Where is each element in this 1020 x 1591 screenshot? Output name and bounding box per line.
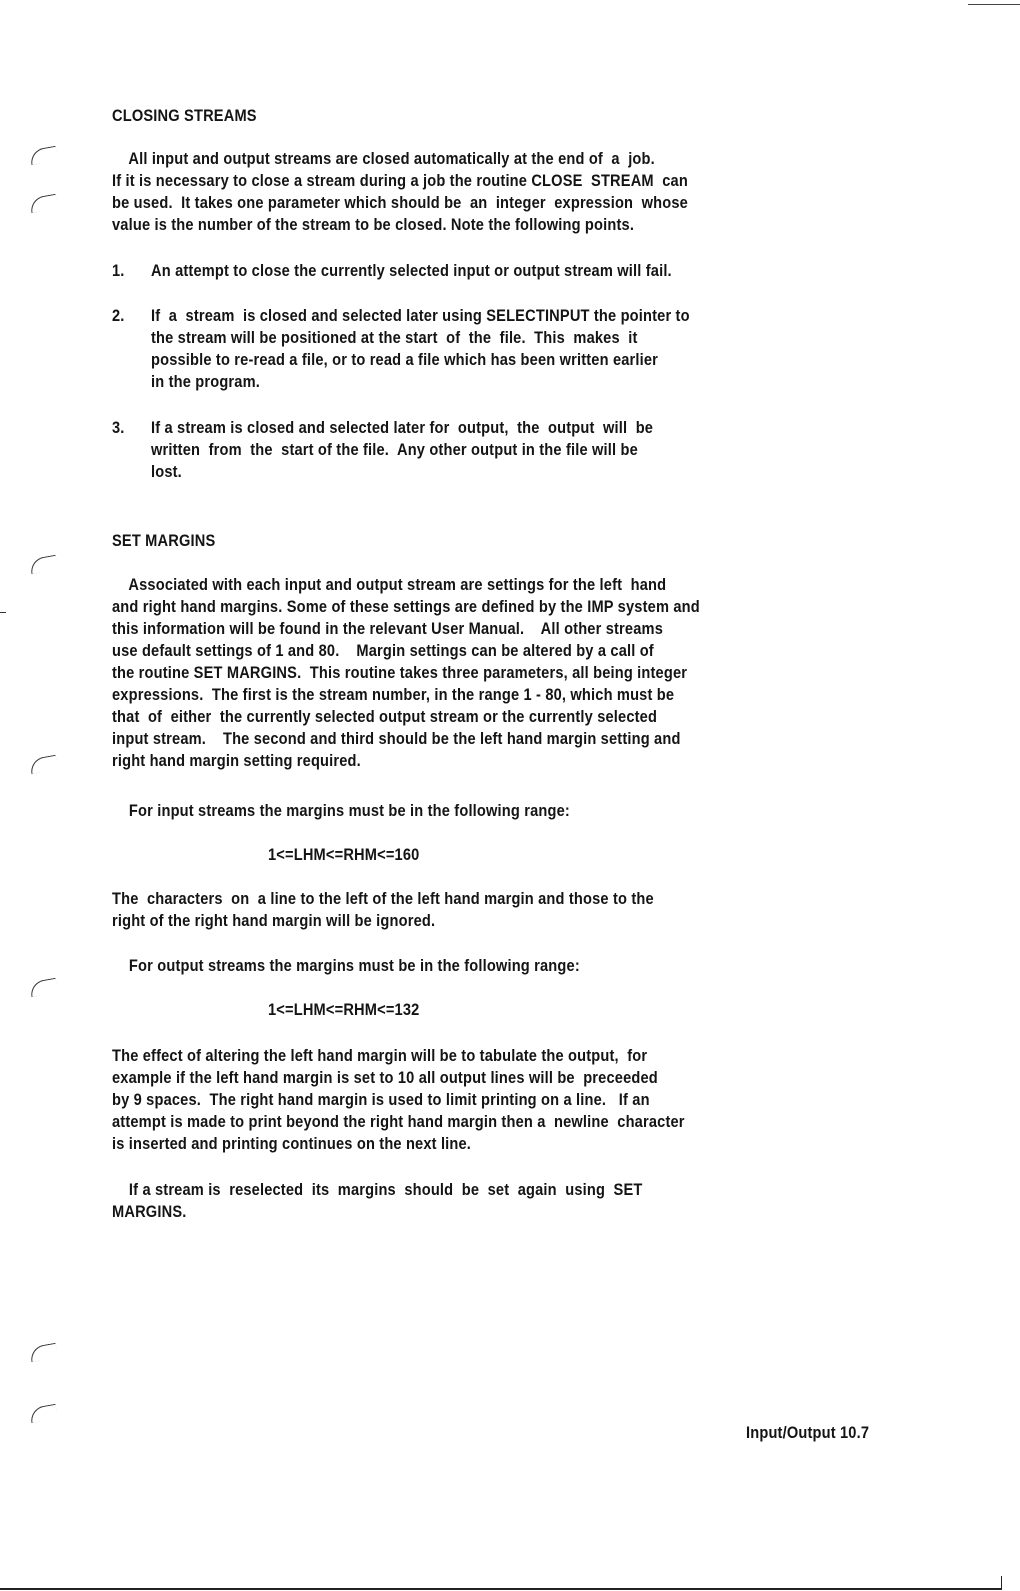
page-edge-rule (968, 4, 1020, 5)
effect-line: by 9 spaces. The right hand margin is us… (112, 1089, 650, 1111)
margins-para-line: this information will be found in the re… (112, 618, 663, 640)
effect-line: example if the left hand margin is set t… (112, 1067, 658, 1089)
margins-para-line: use default settings of 1 and 80. Margin… (112, 640, 654, 662)
reselect-line: MARGINS. (112, 1201, 186, 1223)
input-range-intro: For input streams the margins must be in… (112, 800, 570, 822)
margins-para-line: right hand margin setting required. (112, 750, 361, 772)
reselect-line: If a stream is reselected its margins sh… (112, 1179, 642, 1201)
margins-para-line: that of either the currently selected ou… (112, 706, 657, 728)
ignored-line: The characters on a line to the left of … (112, 888, 654, 910)
point-line: An attempt to close the currently select… (151, 260, 672, 282)
closing-intro-line: be used. It takes one parameter which sh… (112, 192, 688, 214)
margins-para-line: the routine SET MARGINS. This routine ta… (112, 662, 687, 684)
point-line: in the program. (151, 371, 260, 393)
input-range-formula: 1<=LHM<=RHM<=160 (268, 844, 419, 866)
margins-para-line: Associated with each input and output st… (112, 574, 666, 596)
binder-mark-icon (29, 146, 58, 165)
point-line: possible to re-read a file, or to read a… (151, 349, 658, 371)
point-line: lost. (151, 461, 182, 483)
binder-mark-icon (29, 555, 58, 574)
effect-line: attempt is made to print beyond the righ… (112, 1111, 685, 1133)
point-number: 2. (112, 305, 125, 327)
ignored-line: right of the right hand margin will be i… (112, 910, 435, 932)
effect-line: The effect of altering the left hand mar… (112, 1045, 647, 1067)
page-corner-mark (998, 1576, 1002, 1589)
point-line: written from the start of the file. Any … (151, 439, 638, 461)
output-range-formula: 1<=LHM<=RHM<=132 (268, 999, 419, 1021)
point-line: If a stream is closed and selected later… (151, 417, 653, 439)
section-heading-closing-streams: CLOSING STREAMS (112, 106, 257, 126)
closing-intro-line: If it is necessary to close a stream dur… (112, 170, 688, 192)
margins-para-line: and right hand margins. Some of these se… (112, 596, 700, 618)
margins-para-line: expressions. The first is the stream num… (112, 684, 674, 706)
binder-mark-icon (29, 978, 58, 997)
point-number: 3. (112, 417, 125, 439)
binder-mark-icon (29, 194, 58, 213)
point-line: If a stream is closed and selected later… (151, 305, 690, 327)
binder-mark-icon (29, 1404, 58, 1423)
binder-mark-icon (29, 755, 58, 774)
margins-para-line: input stream. The second and third shoul… (112, 728, 681, 750)
effect-line: is inserted and printing continues on th… (112, 1133, 471, 1155)
section-heading-set-margins: SET MARGINS (112, 531, 215, 551)
page-edge-tick (0, 612, 6, 613)
output-range-intro: For output streams the margins must be i… (112, 955, 580, 977)
point-number: 1. (112, 260, 125, 282)
page-number-label: Input/Output 10.7 (746, 1423, 869, 1443)
point-line: the stream will be positioned at the sta… (151, 327, 638, 349)
closing-intro-line: All input and output streams are closed … (112, 148, 655, 170)
binder-mark-icon (29, 1343, 58, 1362)
document-page: CLOSING STREAMS All input and output str… (0, 0, 1020, 1591)
page-bottom-rule (0, 1588, 1002, 1590)
closing-intro-line: value is the number of the stream to be … (112, 214, 634, 236)
